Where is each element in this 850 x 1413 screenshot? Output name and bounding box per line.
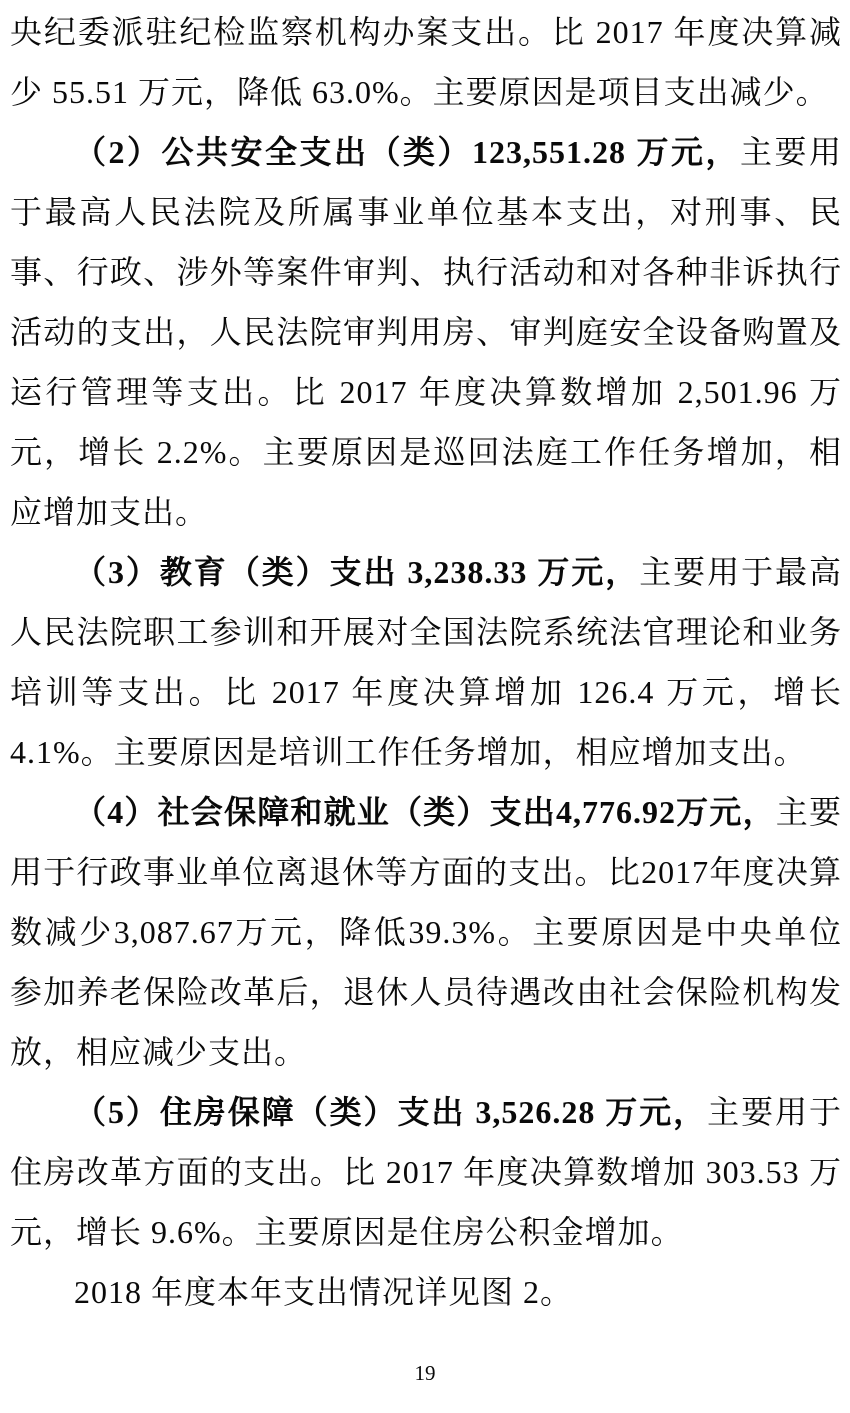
document-body: 央纪委派驻纪检监察机构办案支出。比 2017 年度决算减少 55.51 万元，降…: [10, 2, 842, 1322]
paragraph-social-security: （4）社会保障和就业（类）支出4,776.92万元，主要用于行政事业单位离退休等…: [10, 782, 842, 1082]
paragraph-heading: （4）社会保障和就业（类）支出4,776.92万元，: [74, 794, 776, 830]
page-number: 19: [0, 1360, 850, 1386]
paragraph-heading: （3）教育（类）支出 3,238.33 万元，: [74, 554, 639, 590]
paragraph-heading: （5）住房保障（类）支出 3,526.28 万元，: [74, 1094, 707, 1130]
paragraph-text: 主要用于行政事业单位离退休等方面的支出。比2017年度决算数减少3,087.67…: [10, 794, 842, 1070]
paragraph-text: 主要用于最高人民法院及所属事业单位基本支出，对刑事、民事、行政、涉外等案件审判、…: [10, 134, 842, 530]
paragraph-public-safety: （2）公共安全支出（类）123,551.28 万元，主要用于最高人民法院及所属事…: [10, 122, 842, 542]
document-page: 央纪委派驻纪检监察机构办案支出。比 2017 年度决算减少 55.51 万元，降…: [0, 0, 850, 1413]
paragraph-text: 央纪委派驻纪检监察机构办案支出。比 2017 年度决算减少 55.51 万元，降…: [10, 14, 842, 110]
paragraph-housing: （5）住房保障（类）支出 3,526.28 万元，主要用于住房改革方面的支出。比…: [10, 1082, 842, 1262]
paragraph-education: （3）教育（类）支出 3,238.33 万元，主要用于最高人民法院职工参训和开展…: [10, 542, 842, 782]
paragraph-heading: （2）公共安全支出（类）123,551.28 万元，: [74, 134, 740, 170]
paragraph-text: 2018 年度本年支出情况详见图 2。: [74, 1274, 573, 1310]
paragraph-figure-reference: 2018 年度本年支出情况详见图 2。: [10, 1262, 842, 1322]
paragraph-continuation: 央纪委派驻纪检监察机构办案支出。比 2017 年度决算减少 55.51 万元，降…: [10, 2, 842, 122]
